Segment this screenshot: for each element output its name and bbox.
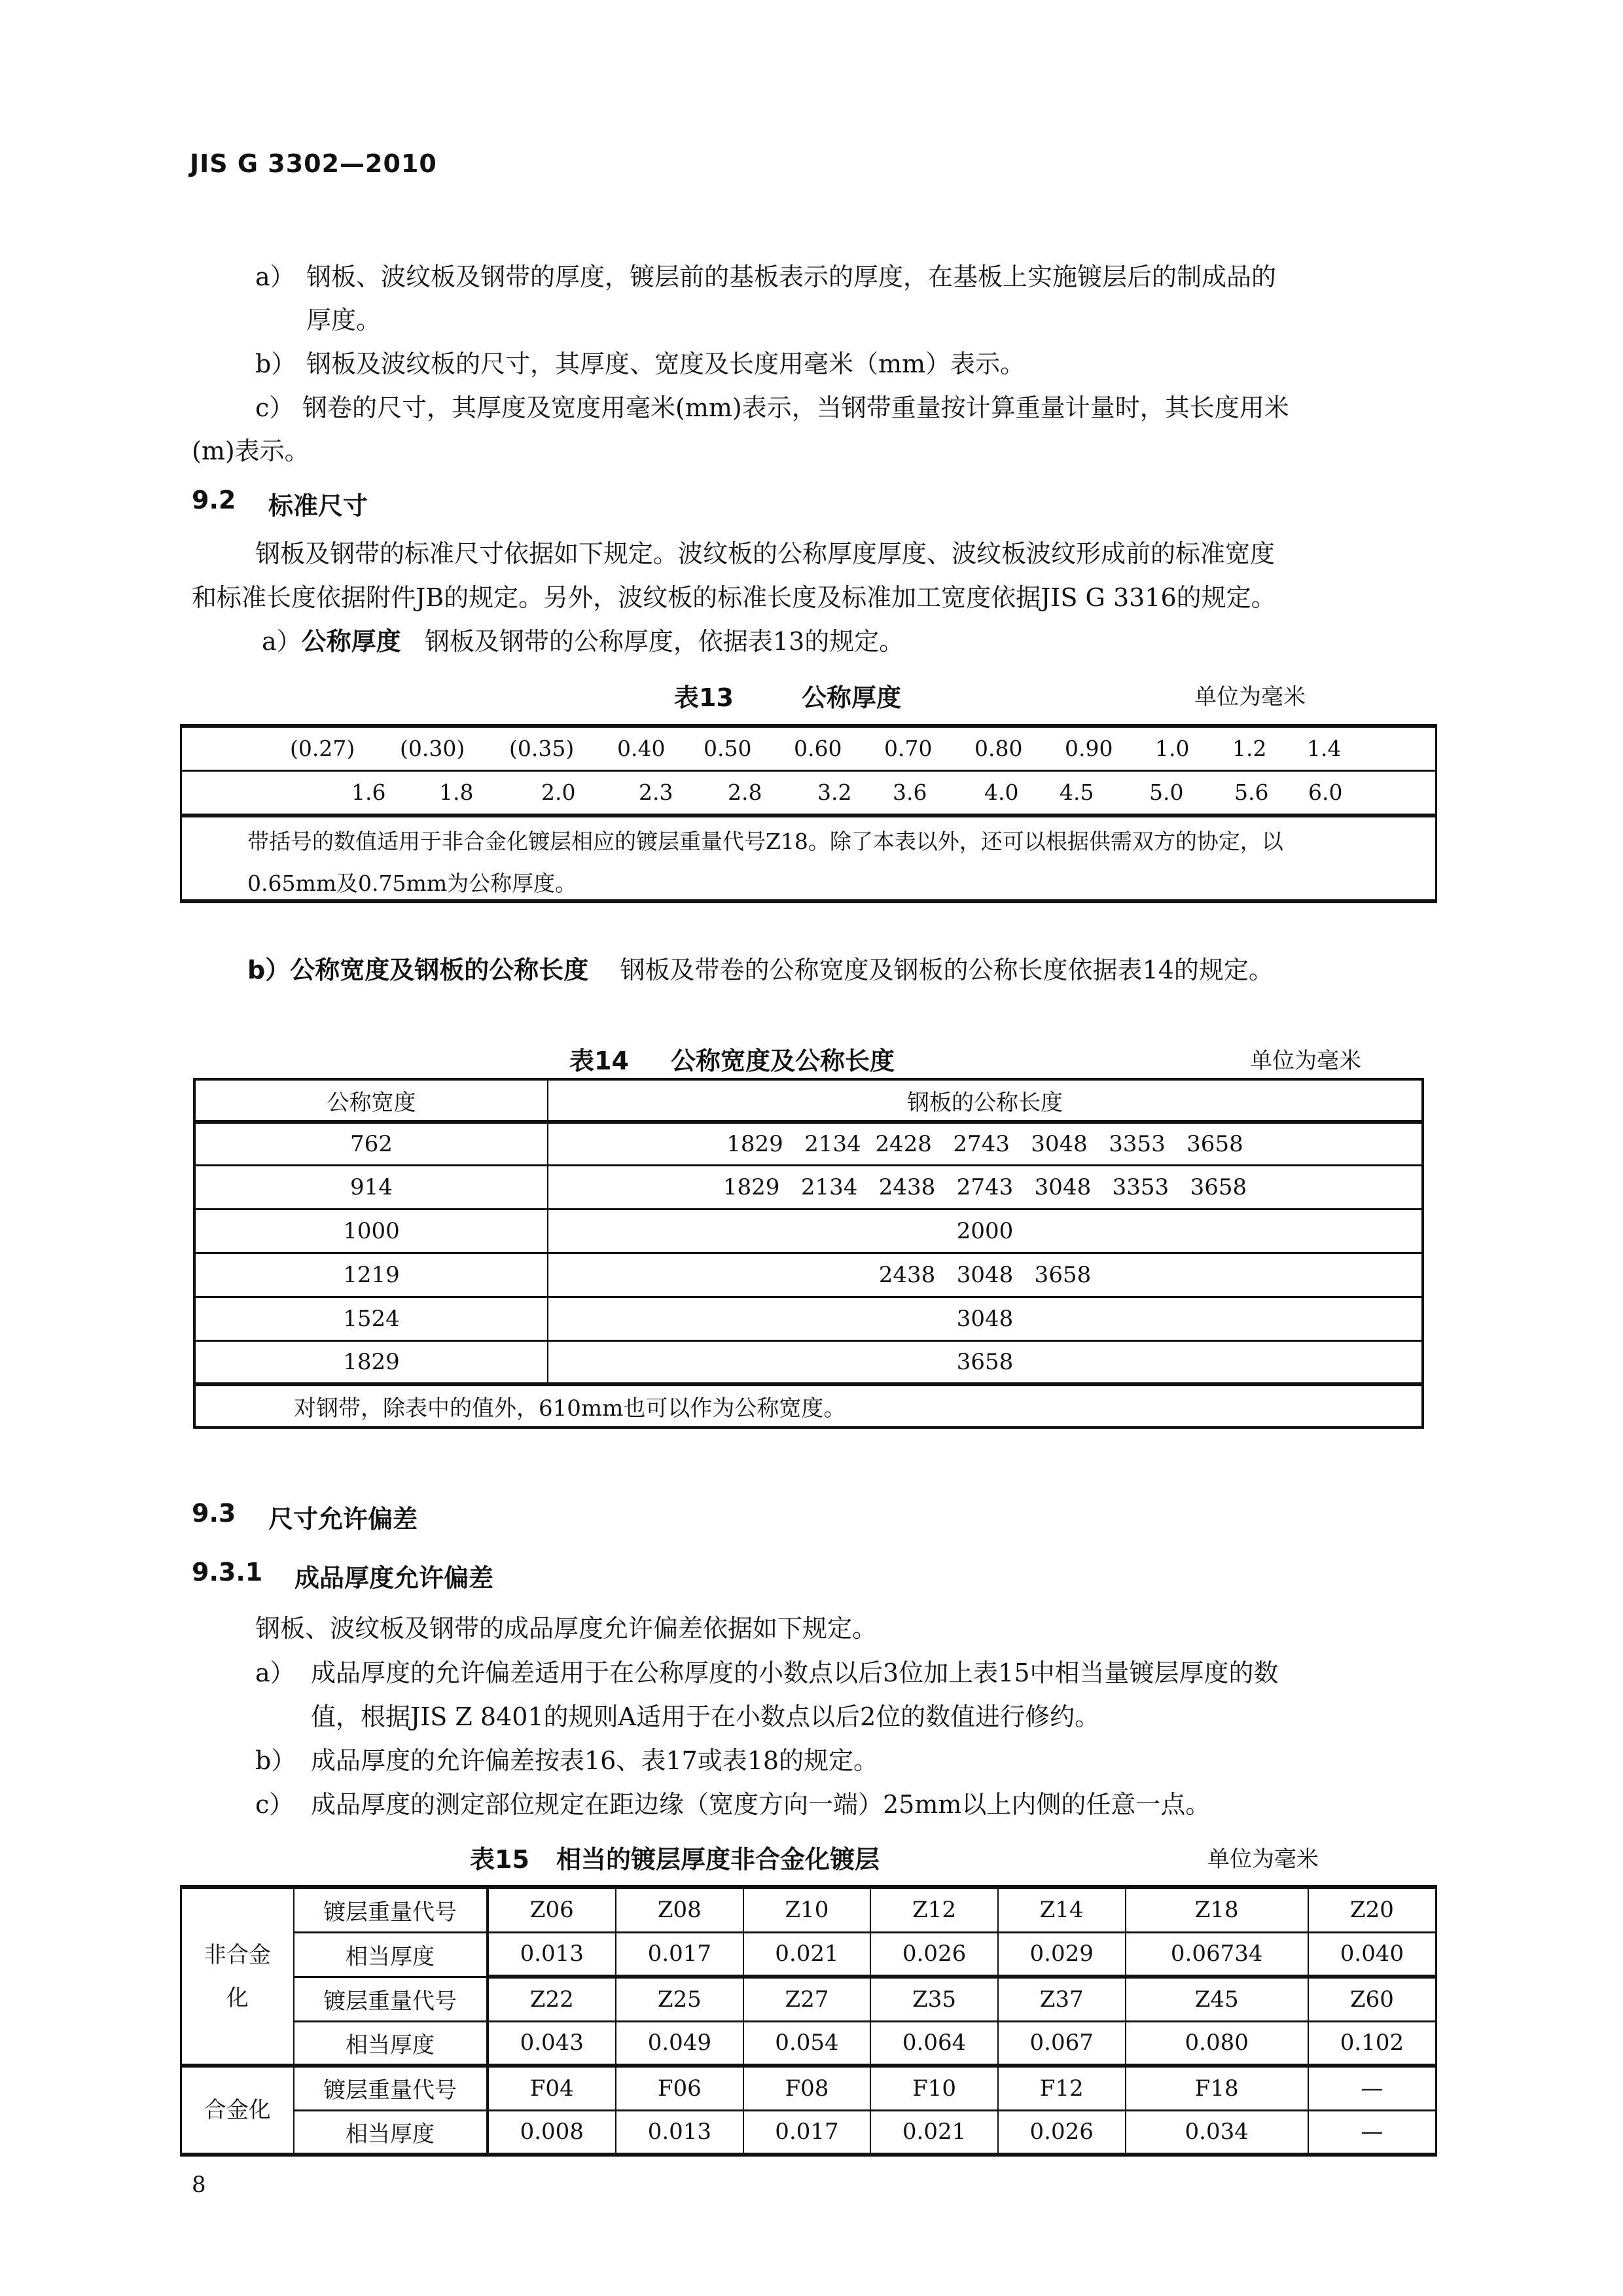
table15-cell: 0.008 [488,2110,616,2155]
section-9-2-title: 标准尺寸 [268,486,368,522]
item-b-label: b） [255,339,296,389]
table-row: 1000 2000 [194,1209,1423,1253]
item-text: 钢板及带卷的公称宽度及钢板的公称长度依据表14的规定。 [620,956,1274,984]
item-label: a） [262,627,302,656]
table15-cell: Z20 [1308,1887,1436,1932]
table-row: 非合金化镀层重量代号Z06Z08Z10Z12Z14Z18Z20 [181,1887,1436,1932]
table15-cell: Z12 [870,1887,998,1932]
thickness-value: 0.90 [1065,736,1113,761]
table15-cell: 0.017 [743,2110,871,2155]
thickness-value: 1.8 [439,780,473,805]
table15: 非合金化镀层重量代号Z06Z08Z10Z12Z14Z18Z20相当厚度0.013… [180,1885,1437,2157]
table15-cell: F12 [998,2066,1126,2110]
row-label: 镀层重量代号 [294,1887,488,1932]
row-lengths: 1829 2134 2438 2743 3048 3353 3658 [548,1165,1423,1209]
item-label: b） [247,956,290,984]
table15-cell: 0.040 [1308,1932,1436,1977]
table-row: 914 1829 2134 2438 2743 3048 3353 3658 [194,1165,1423,1209]
section-9-3-number: 9.3 [192,1499,236,1528]
table14: 公称宽度 钢板的公称长度 762 1829 2134 2428 2743 304… [193,1078,1424,1429]
thickness-value: 5.0 [1149,780,1183,805]
table-row: 相当厚度0.0130.0170.0210.0260.0290.067340.04… [181,1932,1436,1977]
row-label: 相当厚度 [294,2021,488,2066]
thickness-value: (0.27) [290,736,355,761]
table13-caption-number: 表13 [674,677,734,713]
table15-cell: 0.013 [616,2110,743,2155]
row-label: 相当厚度 [294,1932,488,1977]
table13: (0.27)(0.30)(0.35)0.400.500.600.700.800.… [180,724,1437,903]
table-row: 相当厚度0.0430.0490.0540.0640.0670.0800.102 [181,2021,1436,2066]
item-bold-title: 公称宽度及钢板的公称长度 [290,956,588,984]
table14-note-row: 对钢带，除表中的值外，610mm也可以作为公称宽度。 [194,1384,1423,1427]
thickness-value: (0.30) [400,736,465,761]
table15-cell: 0.021 [870,2110,998,2155]
row-width: 1829 [194,1340,548,1384]
thickness-value: 1.2 [1232,736,1266,761]
table15-cell: 0.026 [998,2110,1126,2155]
item-c-label: c） [255,383,294,433]
row-label: 相当厚度 [294,2110,488,2155]
table15-cell: Z37 [998,1977,1126,2021]
table13-row1: (0.27)(0.30)(0.35)0.400.500.600.700.800.… [182,728,1435,772]
row-width: 762 [194,1122,548,1165]
table15-cell: 0.026 [870,1932,998,1977]
table14-caption-number: 表14 [569,1041,629,1077]
table-row: 镀层重量代号Z22Z25Z27Z35Z37Z45Z60 [181,1977,1436,2021]
table15-cell: 0.102 [1308,2021,1436,2066]
table15-cell: 0.013 [488,1932,616,1977]
table15-cell: Z18 [1126,1887,1308,1932]
table14-note: 对钢带，除表中的值外，610mm也可以作为公称宽度。 [194,1384,1423,1427]
section-9-3-1-intro: 钢板、波纹板及钢带的成品厚度允许偏差依据如下规定。 [255,1604,877,1653]
table15-cell: F04 [488,2066,616,2110]
item-a-label: a） [255,252,295,302]
thickness-value: 0.50 [704,736,751,761]
row-lengths: 1829 2134 2428 2743 3048 3353 3658 [548,1122,1423,1165]
table15-cell: 0.021 [743,1932,871,1977]
table15-cell: Z27 [743,1977,871,2021]
thickness-value: (0.35) [509,736,574,761]
table13-unit: 单位为毫米 [1194,679,1306,711]
thickness-value: 0.80 [974,736,1022,761]
table15-caption-number: 表15 [470,1839,529,1875]
table15-cell: Z45 [1126,1977,1308,2021]
nominal-width-length-item: b）公称宽度及钢板的公称长度 钢板及带卷的公称宽度及钢板的公称长度依据表14的规… [247,945,1274,995]
item-a-line2: 值，根据JIS Z 8401的规则A适用于在小数点以后2位的数值进行修约。 [311,1692,1099,1742]
table-row: 762 1829 2134 2428 2743 3048 3353 3658 [194,1122,1423,1165]
table15-cell: 0.080 [1126,2021,1308,2066]
thickness-value: 3.2 [817,780,851,805]
table-row: 1219 2438 3048 3658 [194,1253,1423,1297]
thickness-value: 1.4 [1307,736,1341,761]
table15-cell: F18 [1126,2066,1308,2110]
table15-cell: 0.034 [1126,2110,1308,2155]
document-id-header: JIS G 3302—2010 [190,149,437,178]
table15-cell: Z60 [1308,1977,1436,2021]
section-9-3-1-number: 9.3.1 [192,1558,262,1587]
table15-cell: 0.06734 [1126,1932,1308,1977]
table14-header-width: 公称宽度 [194,1079,548,1122]
row-lengths: 2438 3048 3658 [548,1253,1423,1297]
table15-unit: 单位为毫米 [1207,1841,1319,1873]
table13-note-line2: 0.65mm及0.75mm为公称厚度。 [247,867,577,897]
table15-cell: Z10 [743,1887,871,1932]
thickness-value: 1.6 [351,780,385,805]
table13-row2: 1.61.82.02.32.83.23.64.04.55.05.66.0 [182,772,1435,817]
table15-cell: Z06 [488,1887,616,1932]
table14-header-lengths: 钢板的公称长度 [548,1079,1423,1122]
section-9-2-number: 9.2 [192,486,236,514]
table15-cell: F06 [616,2066,743,2110]
row-lengths: 3658 [548,1340,1423,1384]
section-9-3-title: 尺寸允许偏差 [268,1499,418,1535]
thickness-value: 0.40 [617,736,665,761]
thickness-value: 0.70 [884,736,932,761]
thickness-value: 6.0 [1308,780,1342,805]
item-c-label: c） [255,1780,294,1829]
table14-caption-title: 公称宽度及公称长度 [671,1041,895,1077]
thickness-value: 3.6 [893,780,927,805]
row-lengths: 2000 [548,1209,1423,1253]
item-b-line1: 钢板及波纹板的尺寸，其厚度、宽度及长度用毫米（mm）表示。 [306,339,1025,389]
row-width: 1219 [194,1253,548,1297]
table15-cell: Z35 [870,1977,998,2021]
section-9-3-1-title: 成品厚度允许偏差 [294,1558,493,1594]
item-a-line1: 钢板、波纹板及钢带的厚度，镀层前的基板表示的厚度，在基板上实施镀层后的制成品的 [306,252,1276,302]
item-b-line1: 成品厚度的允许偏差按表16、表17或表18的规定。 [311,1736,878,1785]
section-9-2-para-line2: 和标准长度依据附件JB的规定。另外，波纹板的标准长度及标准加工宽度依据JIS G… [192,573,1276,622]
table13-caption-title: 公称厚度 [802,677,901,713]
thickness-value: 0.60 [794,736,842,761]
table15-cell: — [1308,2066,1436,2110]
item-a-line1: 成品厚度的允许偏差适用于在公称厚度的小数点以后3位加上表15中相当量镀层厚度的数 [311,1648,1279,1698]
table15-caption-title: 相当的镀层厚度非合金化镀层 [556,1839,880,1875]
table-row: 1524 3048 [194,1297,1423,1340]
thickness-value: 5.6 [1234,780,1268,805]
row-width: 1000 [194,1209,548,1253]
table15-cell: 0.049 [616,2021,743,2066]
non-alloyed-group-label: 非合金化 [181,1887,294,2066]
table15-cell: 0.054 [743,2021,871,2066]
item-b-label: b） [255,1736,296,1785]
section-9-2-para-line1: 钢板及钢带的标准尺寸依据如下规定。波纹板的公称厚度厚度、波纹板波纹形成前的标准宽… [255,529,1275,579]
table15-cell: F10 [870,2066,998,2110]
table15-cell: Z14 [998,1887,1126,1932]
table15-cell: 0.064 [870,2021,998,2066]
table-row: 1829 3658 [194,1340,1423,1384]
thickness-value: 2.0 [541,780,575,805]
table15-cell: 0.017 [616,1932,743,1977]
table15-cell: 0.043 [488,2021,616,2066]
table15-cell: 0.029 [998,1932,1126,1977]
table15-cell: 0.067 [998,2021,1126,2066]
item-bold-title: 公称厚度 [302,627,401,656]
table15-cell: Z22 [488,1977,616,2021]
nominal-thickness-item: a）公称厚度 钢板及钢带的公称厚度，依据表13的规定。 [262,617,904,666]
table15-cell: Z08 [616,1887,743,1932]
thickness-value: 4.5 [1060,780,1094,805]
table13-note-line1: 带括号的数值适用于非合金化镀层相应的镀层重量代号Z18。除了本表以外，还可以根据… [247,825,1283,855]
table15-cell: F08 [743,2066,871,2110]
thickness-value: 2.8 [728,780,762,805]
table14-header-row: 公称宽度 钢板的公称长度 [194,1079,1423,1122]
table15-cell: — [1308,2110,1436,2155]
row-label: 镀层重量代号 [294,2066,488,2110]
item-c-line1: 成品厚度的测定部位规定在距边缘（宽度方向一端）25mm以上内侧的任意一点。 [311,1780,1210,1829]
row-lengths: 3048 [548,1297,1423,1340]
table15-cell: Z25 [616,1977,743,2021]
item-a-line2: 厚度。 [306,295,381,345]
item-c-line1: 钢卷的尺寸，其厚度及宽度用毫米(mm)表示，当钢带重量按计算重量计量时，其长度用… [302,383,1289,433]
page-number: 8 [192,2172,206,2198]
thickness-value: 4.0 [984,780,1018,805]
item-c-line2: (m)表示。 [192,426,310,476]
item-text: 钢板及钢带的公称厚度，依据表13的规定。 [425,627,904,656]
thickness-value: 2.3 [639,780,673,805]
row-width: 914 [194,1165,548,1209]
row-label: 镀层重量代号 [294,1977,488,2021]
item-a-label: a） [255,1648,295,1698]
row-width: 1524 [194,1297,548,1340]
thickness-value: 1.0 [1155,736,1189,761]
table14-unit: 单位为毫米 [1250,1043,1361,1075]
table-row: 合金化镀层重量代号F04F06F08F10F12F18— [181,2066,1436,2110]
alloyed-group-label: 合金化 [181,2066,294,2155]
table-row: 相当厚度0.0080.0130.0170.0210.0260.034— [181,2110,1436,2155]
